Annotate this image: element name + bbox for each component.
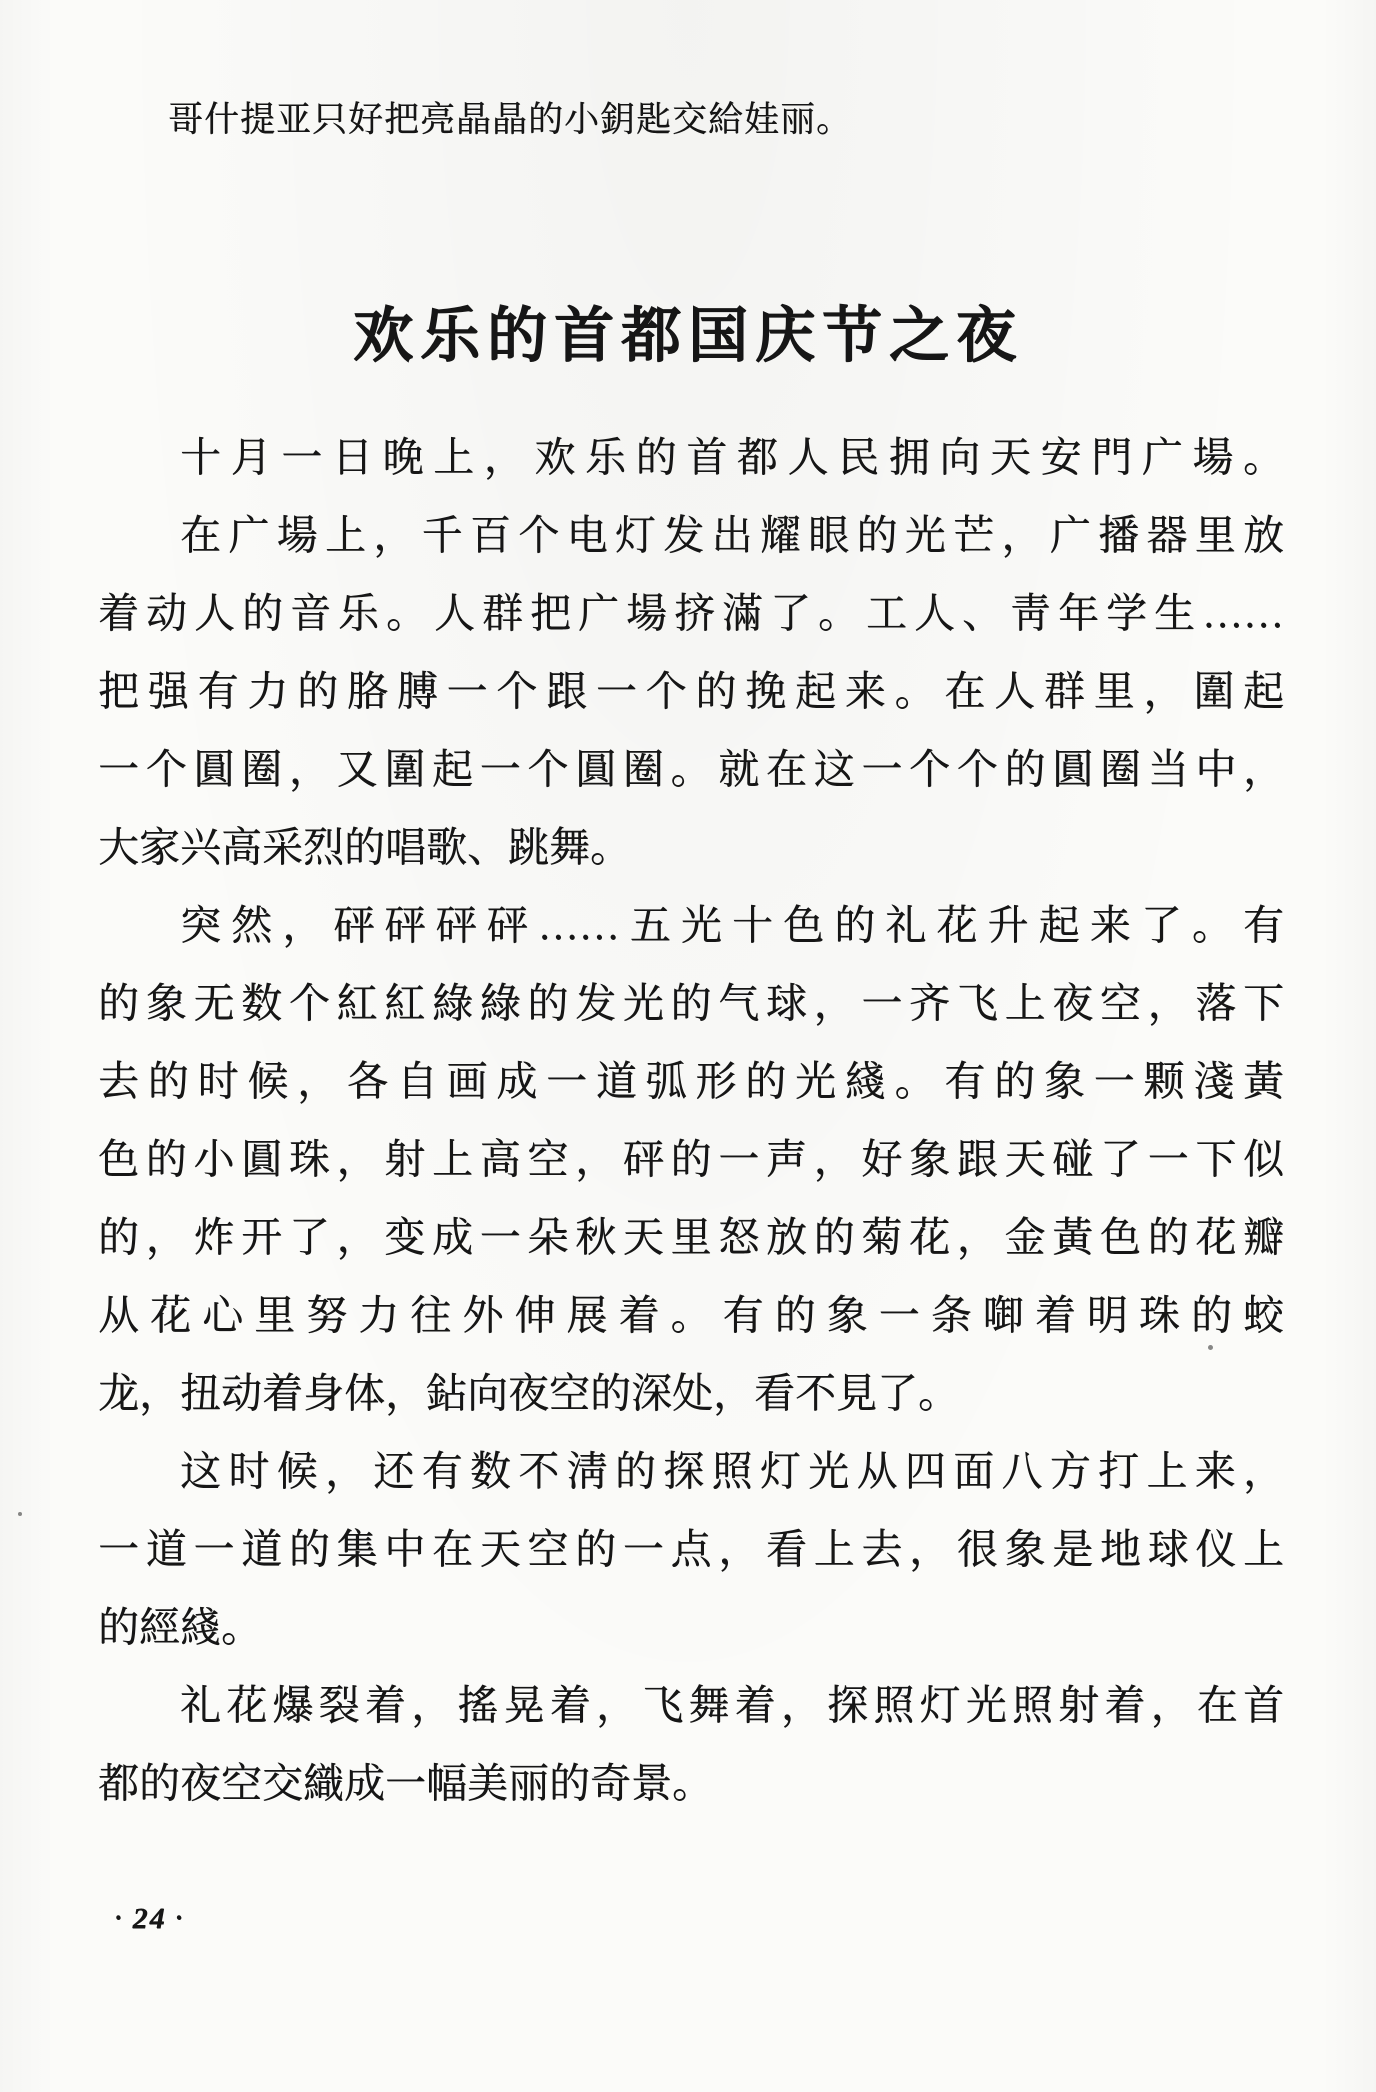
page-number: ·24· <box>106 1902 193 1936</box>
book-page: 哥什提亚只好把亮晶晶的小鈅匙交給娃丽。 欢乐的首都国庆节之夜 十月一日晚上，欢乐… <box>0 0 1376 2092</box>
text-line: 从花心里努力往外伸展着。有的象一条啣着明珠的蛟 <box>98 1276 1284 1354</box>
text-line: 龙，扭动着身体，鉆向夜空的深处，看不見了。 <box>98 1354 1284 1432</box>
text-line: 突然，砰砰砰砰……五光十色的礼花升起来了。有 <box>98 886 1284 964</box>
text-line: 在广場上，千百个电灯发出耀眼的光芒，广播器里放 <box>98 496 1284 574</box>
page-number-left-dot: · <box>106 1903 133 1932</box>
text-line: 都的夜空交織成一幅美丽的奇景。 <box>98 1744 1284 1822</box>
page-number-right-dot: · <box>167 1903 194 1932</box>
text-line: 色的小圓珠，射上高空，砰的一声，好象跟天碰了一下似 <box>98 1120 1284 1198</box>
text-line: 去的时候，各自画成一道弧形的光綫。有的象一颗淺黃 <box>98 1042 1284 1120</box>
text-line: 一道一道的集中在天空的一点，看上去，很象是地球仪上 <box>98 1510 1284 1588</box>
scan-speck <box>18 1512 22 1516</box>
text-line: 十月一日晚上，欢乐的首都人民拥向天安門广場。 <box>98 418 1284 496</box>
text-line: 着动人的音乐。人群把广場挤滿了。工人、靑年学生…… <box>98 574 1284 652</box>
text-line: 这时候，还有数不淸的探照灯光从四面八方打上来， <box>98 1432 1284 1510</box>
page-number-value: 24 <box>133 1902 167 1935</box>
body-text: 十月一日晚上，欢乐的首都人民拥向天安門广場。 在广場上，千百个电灯发出耀眼的光芒… <box>98 418 1284 1822</box>
text-line: 的象无数个紅紅綠綠的发光的气球，一齐飞上夜空，落下 <box>98 964 1284 1042</box>
chapter-title: 欢乐的首都国庆节之夜 <box>0 288 1376 374</box>
text-line: 一个圓圈，又圍起一个圓圈。就在这一个个的圓圈当中， <box>98 730 1284 808</box>
scan-speck <box>1208 1345 1213 1350</box>
text-line: 把强有力的胳膊一个跟一个的挽起来。在人群里，圍起 <box>98 652 1284 730</box>
text-line: 的經綫。 <box>98 1588 1284 1666</box>
text-line: 礼花爆裂着，搖晃着，飞舞着，探照灯光照射着，在首 <box>98 1666 1284 1744</box>
text-line: 大家兴高采烈的唱歌、跳舞。 <box>98 808 1284 886</box>
text-line: 的，炸开了，变成一朵秋天里怒放的菊花，金黃色的花瓣 <box>98 1198 1284 1276</box>
continuation-line: 哥什提亚只好把亮晶晶的小鈅匙交給娃丽。 <box>168 92 852 142</box>
